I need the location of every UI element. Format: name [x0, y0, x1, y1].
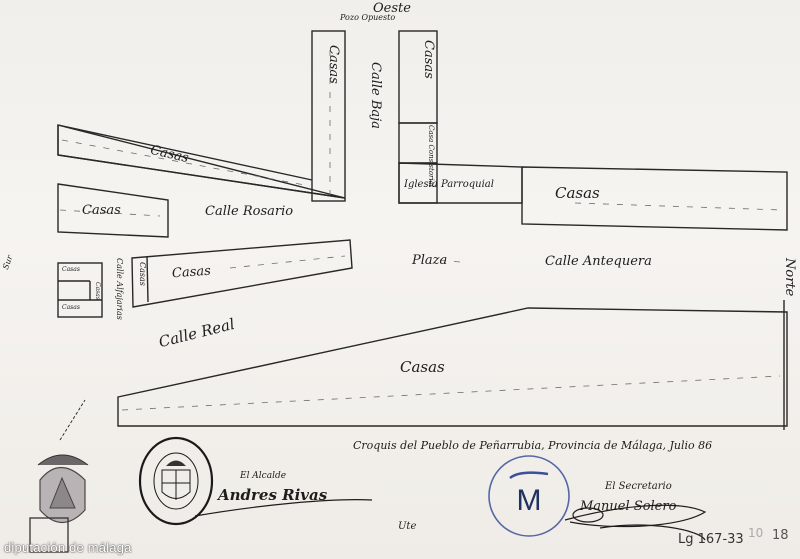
map-sheet: M Pozo Opuesto Oeste Norte Sur Casas Cas…: [0, 0, 800, 559]
street-calle-rosario: Calle Rosario: [205, 205, 293, 218]
document-title: Croquis del Pueblo de Peñarrubia, Provin…: [353, 440, 712, 451]
label-casas-tall-left: Casas: [327, 45, 340, 84]
faint-pencil-mark: 10: [748, 526, 763, 540]
street-calle-baja: Calle Baja: [369, 62, 382, 129]
plaza-label: Plaza: [412, 254, 447, 267]
alcalde-signature: Andres Rivas: [218, 488, 327, 503]
ayuntamiento-seal: [140, 438, 212, 524]
secretario-signature: Manuel Solero: [580, 500, 676, 513]
orientation-norte: Norte: [783, 258, 796, 296]
label-tiny-top: Casas: [62, 267, 80, 273]
archive-watermark: diputación de málaga: [4, 540, 132, 555]
street-calle-alfajarias: Calle Alfajarias: [115, 258, 123, 320]
alcalde-title: El Alcalde: [240, 472, 286, 481]
street-calle-antequera: Calle Antequera: [545, 255, 652, 268]
catalog-reference: Lg 167-33: [678, 532, 744, 547]
label-casas-tall-right: Casas: [422, 40, 435, 79]
label-casas-center: Casas: [172, 265, 212, 281]
secretario-title: El Secretario: [605, 482, 672, 492]
orientation-oeste: Oeste: [373, 2, 411, 15]
label-casa-consistorial: Casa Consistorial: [427, 125, 434, 187]
archive-stamp: M: [489, 456, 569, 536]
label-casas-bottom: Casas: [400, 360, 445, 375]
label-casas-right: Casas: [555, 186, 600, 201]
label-tiny-side: Casas: [94, 282, 100, 300]
bottom-note: Ute: [398, 522, 416, 532]
label-tiny-bottom: Casas: [62, 305, 80, 311]
block-casas-center: [132, 240, 352, 307]
label-iglesia: Iglesia Parroquial: [404, 180, 494, 190]
svg-text:M: M: [517, 484, 542, 517]
municipal-crest: [30, 400, 88, 552]
label-casas-left-small: Casas: [82, 204, 121, 217]
pencil-page-number: 18: [772, 528, 789, 543]
label-casas-center-end: Casas: [138, 262, 146, 286]
